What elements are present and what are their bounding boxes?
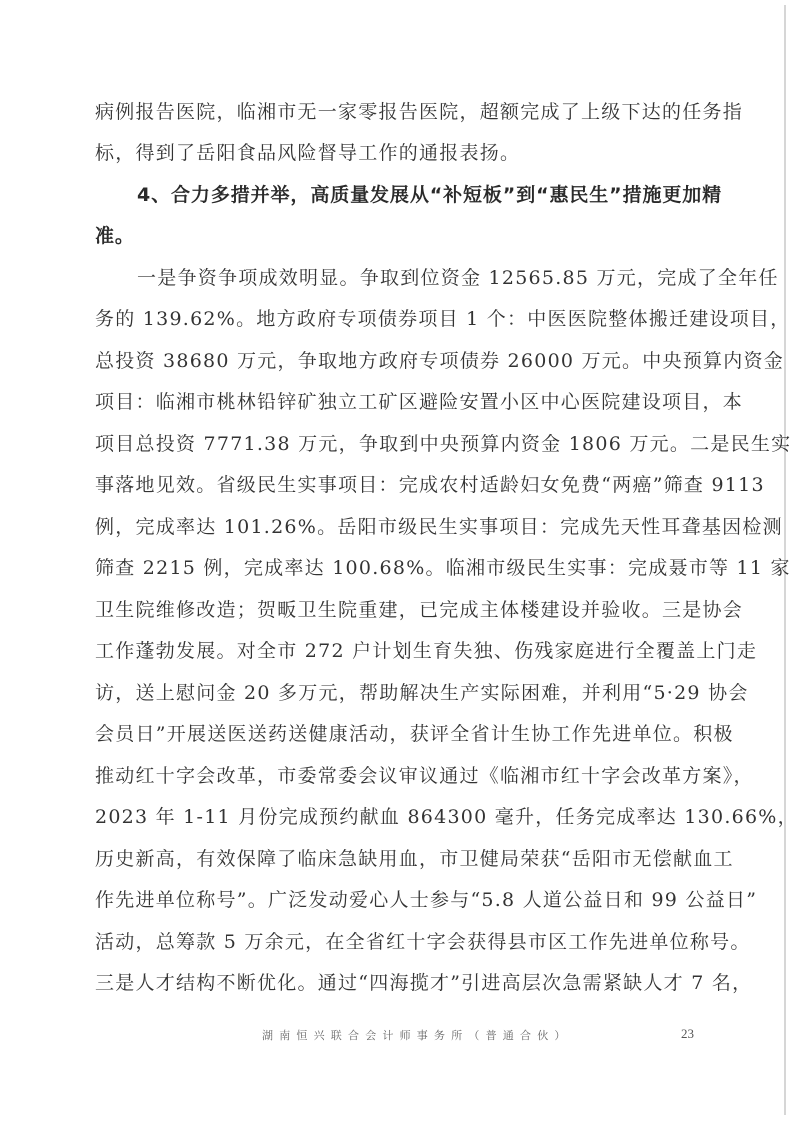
paragraph-line: 历史新高，有效保障了临床急缺用血，市卫健局荣获“岳阳市无偿献血工 xyxy=(95,839,734,880)
paragraph-line: 活动，总筹款 5 万余元，在全省红十字会获得县市区工作先进单位称号。 xyxy=(95,922,751,963)
section-heading-continuation: 准。 xyxy=(95,216,135,257)
paragraph-line: 项目：临湘市桃林铅锌矿独立工矿区避险安置小区中心医院建设项目，本 xyxy=(95,382,743,423)
paragraph-line: 例，完成率达 101.26%。岳阳市级民生实事项目：完成先天性耳聋基因检测 xyxy=(95,507,783,548)
paragraph-line: 病例报告医院，临湘市无一家零报告医院，超额完成了上级下达的任务指 xyxy=(95,92,743,133)
paragraph-line: 项目总投资 7771.38 万元，争取到中央预算内资金 1806 万元。二是民生… xyxy=(95,424,791,465)
paragraph-line: 作先进单位称号”。广泛发动爱心人士参与“5.8 人道公益日和 99 公益日” xyxy=(95,880,757,921)
paragraph-line: 务的 139.62%。地方政府专项债券项目 1 个：中医医院整体搬迁建设项目， xyxy=(95,299,791,340)
section-heading: 4、合力多措并举，高质量发展从“补短板”到“惠民生”措施更加精 xyxy=(137,175,722,216)
paragraph-line: 访，送上慰问金 20 多万元，帮助解决生产实际困难，并利用“5·29 协会 xyxy=(95,673,749,714)
page-number: 23 xyxy=(681,1026,694,1042)
paragraph-line: 会员日”开展送医送药送健康活动，获评全省计生协工作先进单位。积极 xyxy=(95,714,734,755)
paragraph-line: 推动红十字会改革，市委常委会议审议通过《临湘市红十字会改革方案》， xyxy=(95,756,754,797)
paragraph-line: 一是争资争项成效明显。争取到位资金 12565.85 万元，完成了全年任 xyxy=(137,258,779,299)
paragraph-line: 事落地见效。省级民生实事项目：完成农村适龄妇女免费“两癌”筛查 9113 xyxy=(95,465,765,506)
paragraph-line: 标，得到了岳阳食品风险督导工作的通报表扬。 xyxy=(95,133,520,174)
paragraph-line: 筛查 2215 例，完成率达 100.68%。临湘市级民生实事：完成聂市等 11… xyxy=(95,548,791,589)
paragraph-line: 2023 年 1-11 月份完成预约献血 864300 毫升，任务完成率达 13… xyxy=(95,797,793,838)
footer-firm-name: 湖南恒兴联合会计师事务所（普通合伙） xyxy=(262,1027,572,1043)
paragraph-line: 工作蓬勃发展。对全市 272 户计划生育失独、伤残家庭进行全覆盖上门走 xyxy=(95,631,757,672)
paragraph-line: 三是人才结构不断优化。通过“四海揽才”引进高层次急需紧缺人才 7 名， xyxy=(95,963,752,1004)
paragraph-line: 总投资 38680 万元，争取地方政府专项债券 26000 万元。中央预算内资金 xyxy=(95,341,784,382)
paragraph-line: 卫生院维修改造；贺畈卫生院重建，已完成主体楼建设并验收。三是协会 xyxy=(95,590,743,631)
